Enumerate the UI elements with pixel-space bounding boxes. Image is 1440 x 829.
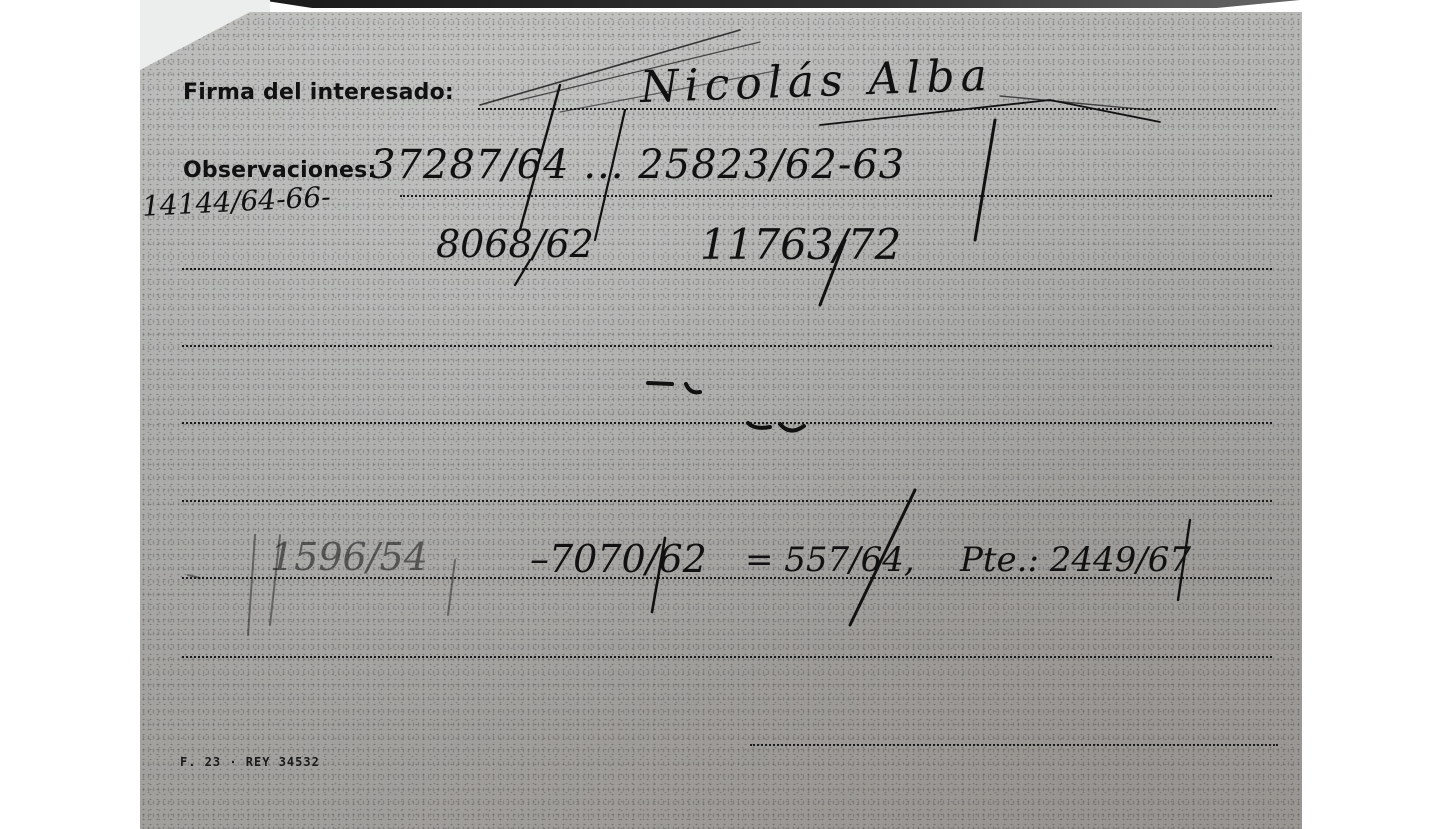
observations-line-3 — [182, 345, 1272, 347]
observation-entry: 1596/54 — [270, 535, 428, 579]
observation-entry: = 557/64, — [745, 540, 915, 580]
form-number: F. 23 · REY 34532 — [180, 755, 320, 769]
index-card — [140, 12, 1302, 829]
observations-line-1 — [400, 195, 1272, 197]
observation-entry: 11763/72 — [700, 220, 901, 269]
signature-line — [478, 108, 1276, 110]
observation-entry: 37287/64 ... 25823/62-63 — [370, 142, 905, 188]
scanner-edge-shadow — [260, 0, 1300, 8]
observation-entry: 8068/62 — [436, 222, 594, 266]
observations-line-8 — [750, 744, 1278, 746]
observations-line-4 — [182, 422, 1272, 424]
paper-texture — [140, 12, 1302, 829]
observations-line-5 — [182, 500, 1272, 502]
observation-entry: –7070/62 — [530, 537, 707, 581]
observation-entry: Pte.: 2449/67 — [960, 540, 1191, 580]
signature-label: Firma del interesado: — [183, 80, 454, 105]
observations-label: Observaciones: — [183, 158, 376, 183]
observations-line-7 — [182, 656, 1272, 658]
